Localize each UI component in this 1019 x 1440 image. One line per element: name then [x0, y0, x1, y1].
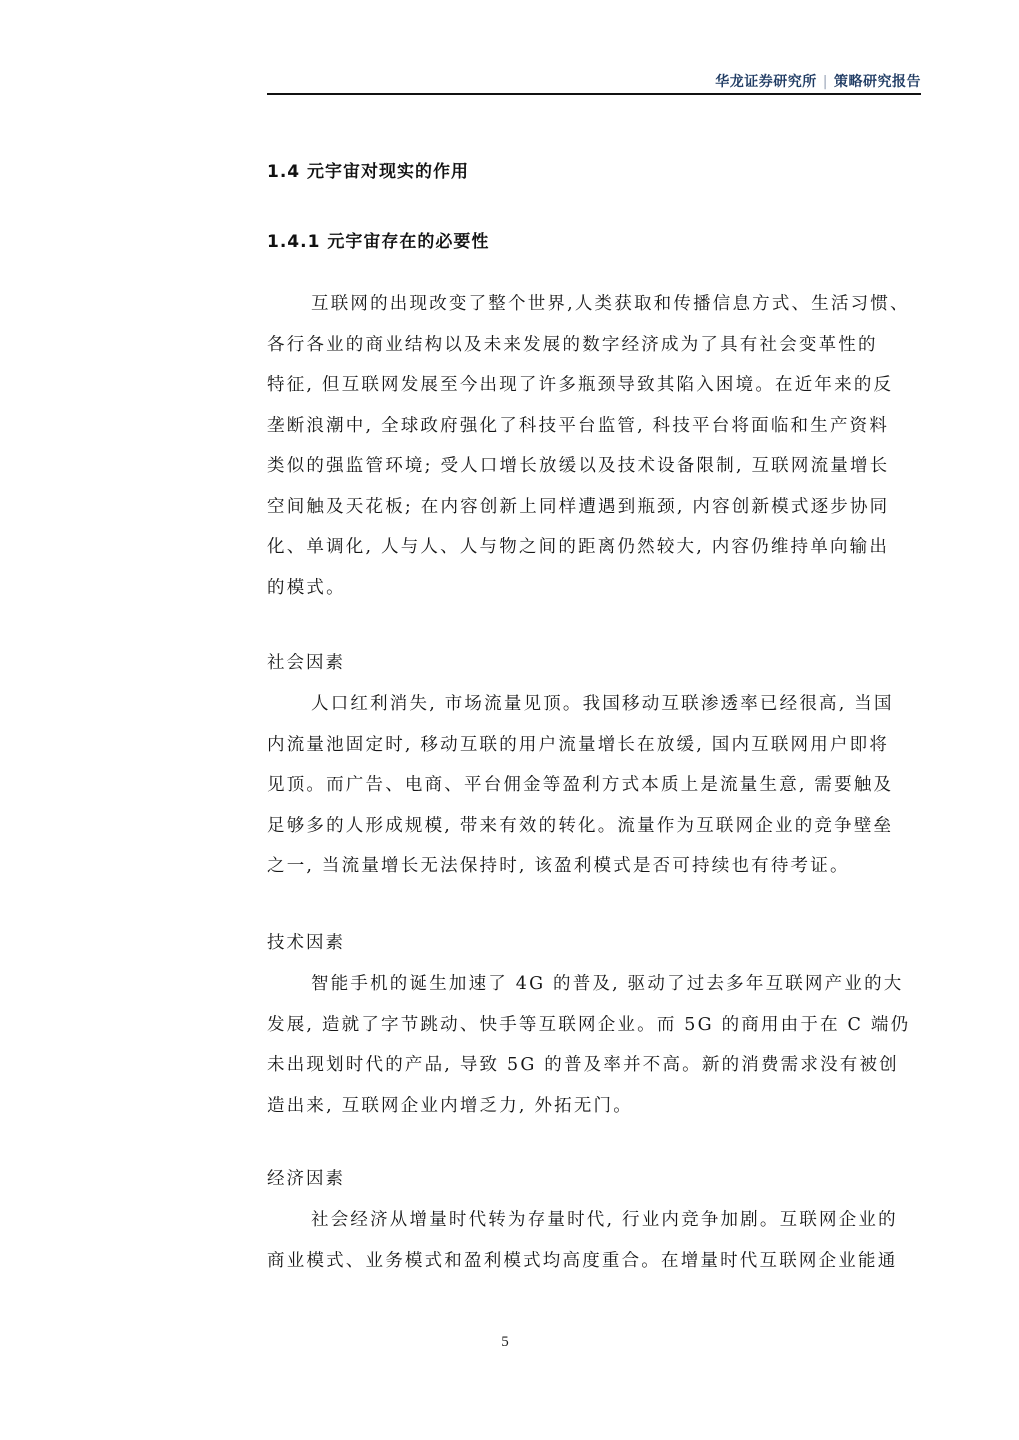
paragraph-line: 互联网的出现改变了整个世界,人类获取和传播信息方式、生活习惯、: [267, 284, 915, 325]
intro-paragraph: 互联网的出现改变了整个世界,人类获取和传播信息方式、生活习惯、 各行各业的商业结…: [267, 284, 915, 608]
page-number: 5: [0, 1334, 1010, 1351]
paragraph-line: 发展, 造就了字节跳动、快手等互联网企业。而 5G 的商用由于在 C 端仍: [267, 1005, 915, 1046]
section-heading: 1.4 元宇宙对现实的作用: [267, 157, 469, 182]
technology-factors-paragraph: 智能手机的诞生加速了 4G 的普及, 驱动了过去多年互联网产业的大 发展, 造就…: [267, 964, 915, 1126]
paragraph-line: 智能手机的诞生加速了 4G 的普及, 驱动了过去多年互联网产业的大: [267, 964, 915, 1005]
paragraph-line: 各行各业的商业结构以及未来发展的数字经济成为了具有社会变革性的: [267, 325, 915, 366]
header-institution: 华龙证券研究所: [715, 74, 817, 90]
header-rule: [267, 93, 921, 95]
header-report-type: 策略研究报告: [834, 74, 921, 90]
economic-factors-paragraph: 社会经济从增量时代转为存量时代, 行业内竞争加剧。互联网企业的 商业模式、业务模…: [267, 1200, 915, 1281]
subsection-heading: 1.4.1 元宇宙存在的必要性: [267, 227, 489, 252]
technology-factors-label: 技术因素: [267, 929, 345, 954]
paragraph-line: 的模式。: [267, 568, 915, 609]
social-factors-paragraph: 人口红利消失, 市场流量见顶。我国移动互联渗透率已经很高, 当国 内流量池固定时…: [267, 684, 915, 887]
paragraph-line: 特征, 但互联网发展至今出现了许多瓶颈导致其陷入困境。在近年来的反: [267, 365, 915, 406]
paragraph-line: 足够多的人形成规模, 带来有效的转化。流量作为互联网企业的竞争壁垒: [267, 806, 915, 847]
paragraph-line: 未出现划时代的产品, 导致 5G 的普及率并不高。新的消费需求没有被创: [267, 1045, 915, 1086]
paragraph-line: 类似的强监管环境; 受人口增长放缓以及技术设备限制, 互联网流量增长: [267, 446, 915, 487]
paragraph-line: 人口红利消失, 市场流量见顶。我国移动互联渗透率已经很高, 当国: [267, 684, 915, 725]
paragraph-line: 内流量池固定时, 移动互联的用户流量增长在放缓, 国内互联网用户即将: [267, 725, 915, 766]
header-separator: |: [823, 74, 828, 90]
paragraph-line: 见顶。而广告、电商、平台佣金等盈利方式本质上是流量生意, 需要触及: [267, 765, 915, 806]
paragraph-line: 垄断浪潮中, 全球政府强化了科技平台监管, 科技平台将面临和生产资料: [267, 406, 915, 447]
economic-factors-label: 经济因素: [267, 1165, 345, 1190]
paragraph-line: 之一, 当流量增长无法保持时, 该盈利模式是否可持续也有待考证。: [267, 846, 915, 887]
paragraph-line: 社会经济从增量时代转为存量时代, 行业内竞争加剧。互联网企业的: [267, 1200, 915, 1241]
paragraph-line: 化、单调化, 人与人、人与物之间的距离仍然较大, 内容仍维持单向输出: [267, 527, 915, 568]
paragraph-line: 商业模式、业务模式和盈利模式均高度重合。在增量时代互联网企业能通: [267, 1241, 915, 1282]
social-factors-label: 社会因素: [267, 649, 345, 674]
paragraph-line: 空间触及天花板; 在内容创新上同样遭遇到瓶颈, 内容创新模式逐步协同: [267, 487, 915, 528]
paragraph-line: 造出来, 互联网企业内增乏力, 外拓无门。: [267, 1086, 915, 1127]
